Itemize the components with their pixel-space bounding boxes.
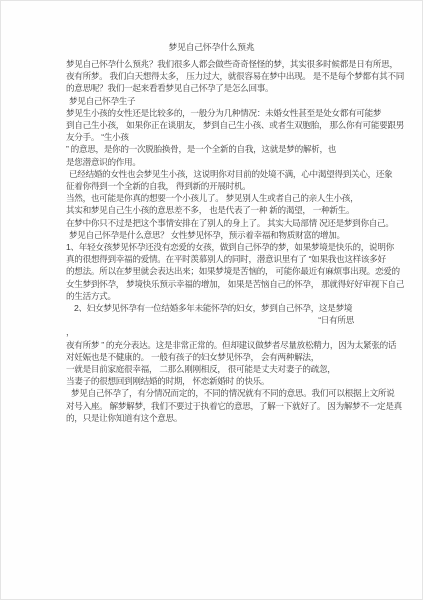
text-line: 一就是目前家庭很幸福， 二那么刚刚相反， 很可能是丈夫对妻子的疏忽， bbox=[66, 363, 382, 375]
text-line: 对号入座。 解梦解梦，我们不要过于执着它的意思，了解一下就好了。 因为解梦不一定… bbox=[66, 400, 382, 412]
text-line: 是您潜意识的作用。 bbox=[66, 156, 382, 168]
text-line: 夜有所梦。 我们白天想得太多， 压力过大，就很容易在梦中出现。 是不是每个梦都有… bbox=[66, 70, 382, 82]
document-title: 梦见自己怀孕什么预兆 bbox=[1, 41, 422, 53]
text-line: 征着你得到一个全新的自我， 得到新的开展时机。 bbox=[66, 180, 382, 192]
text-line: 其实和梦见自己生小孩的意思差不多， 也是代表了一种 新的渴望， 一种新生。 bbox=[66, 204, 382, 216]
text-line: ” 的意思，是你的一次脱胎换骨，是一个全新的自我，这就是梦的解析，也 bbox=[66, 143, 382, 155]
text-line: ， bbox=[66, 326, 382, 338]
text-line: 真的很想得到幸福的爱情。在平时羡慕别人的同时，潜意识里有了 “如果我也这样该多好 bbox=[66, 253, 382, 265]
text-line: 的，只是让你知道有这个意思。 bbox=[66, 412, 382, 424]
text-line: 的生活方式。 bbox=[66, 290, 382, 302]
text-line: 夜有所梦 ” 的充分表达。这是非常正常的。但却建议做梦者尽量放松精力，因为太紧张… bbox=[66, 339, 382, 351]
text-line: 的意思呢？我们一起来看看梦见自己怀孕了是怎么回事。 bbox=[66, 82, 382, 94]
text-line: 对妊娠也是不健康的。 一般有孩子的妇女梦见怀孕， 会有两种解法， bbox=[66, 351, 382, 363]
text-line: 在梦中你只不过是把这个事情安排在了别人的身上了。 其实大局部情 况还是梦到你自己… bbox=[66, 217, 382, 229]
text-line: 梦见自己怀孕生子 bbox=[66, 95, 382, 107]
text-line: 梦见生小孩的女性还是比较多的，一般分为几种情况：未婚女性甚至是处女都有可能梦 bbox=[66, 107, 382, 119]
document-body: 梦见自己怀孕什么预兆？我们很多人都会做些奇奇怪怪的梦，其实很多时候都是日有所思，… bbox=[66, 58, 382, 424]
text-line: 1、年轻女孩梦见怀孕还没有恋爱的女孩，做到自己怀孕的梦，如果梦境是快乐的，说明你 bbox=[66, 241, 382, 253]
text-line: 梦见自己怀孕什么预兆？我们很多人都会做些奇奇怪怪的梦，其实很多时候都是日有所思， bbox=[66, 58, 382, 70]
text-line: “日有所思 bbox=[66, 314, 382, 326]
text-line: 梦见自己怀孕是什么意思？ 女性梦见怀孕，预示着幸福和物质财富的增加。 bbox=[66, 229, 382, 241]
text-line: 的想法。所以在梦里就会表达出来；如果梦境是苦恼的， 可能你最近有麻烦事出现。恋爱… bbox=[66, 265, 382, 277]
text-line: 当然，也可能是你真的想要一个小孩儿了。 梦见别人生或者自己的亲人生小孩， bbox=[66, 192, 382, 204]
text-line: 友分手。 “生小孩 bbox=[66, 131, 382, 143]
text-line: 当妻子的很想回到刚结婚的时期， 怀恋新婚时 的快乐。 bbox=[66, 375, 382, 387]
text-line: 已经结婚的女性也会梦见生小孩，这说明你对目前的处境不满，心中渴望得到关心，还象 bbox=[66, 168, 382, 180]
text-line: 到自己生小孩， 如果你正在谈朋友， 梦到自己生小孩、或者生双胞胎， 那么你有可能… bbox=[66, 119, 382, 131]
text-line: 梦见自己怀孕了，有分情况而定的，不同的情况就有不同的意思。我们可以根据上文所说 bbox=[66, 387, 382, 399]
text-line: 女生梦到怀孕， 梦境快乐预示幸福的增加， 如果是苦恼自己的怀孕， 那就得好好审视… bbox=[66, 278, 382, 290]
document-page: 梦见自己怀孕什么预兆 梦见自己怀孕什么预兆？我们很多人都会做些奇奇怪怪的梦，其实… bbox=[0, 0, 423, 600]
text-line: 2、妇女梦见怀孕有一位结婚多年未能怀孕的妇女，梦到自己怀孕，这是梦境 bbox=[66, 302, 382, 314]
